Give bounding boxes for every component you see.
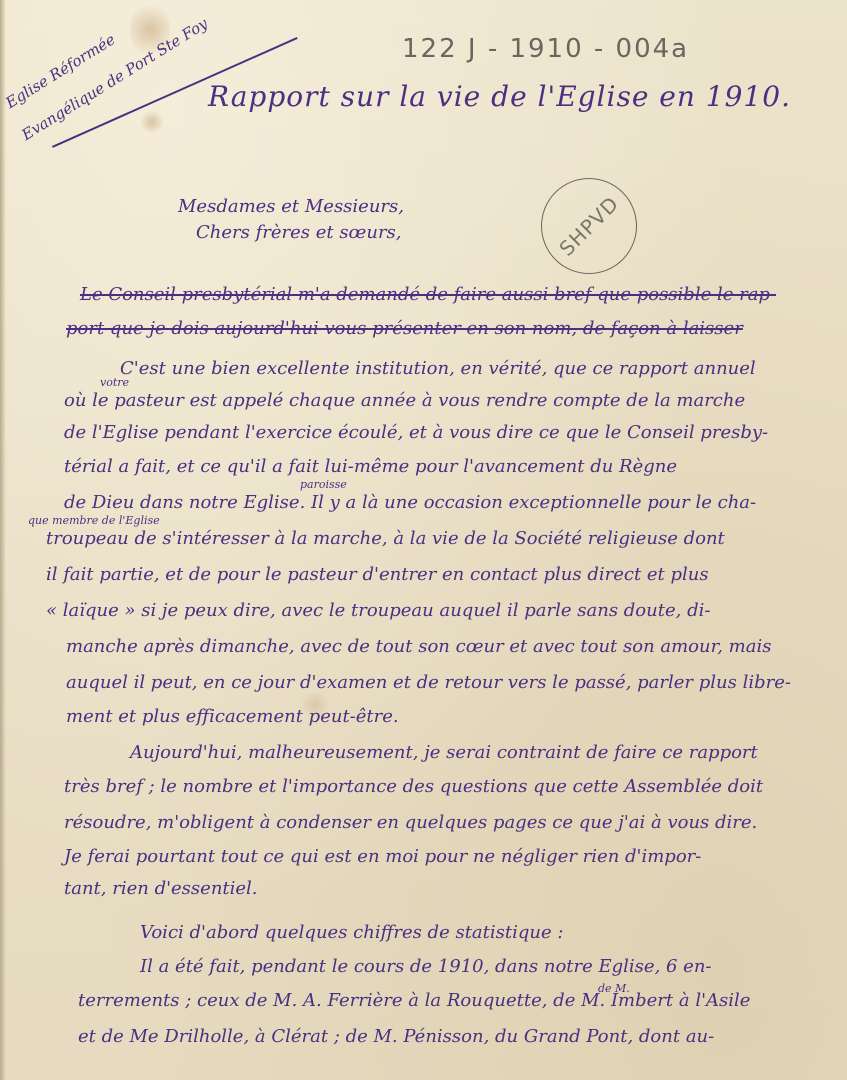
- text-line: Il a été fait, pendant le cours de 1910,…: [140, 956, 712, 977]
- text-line: et de Me Drilholle, à Clérat ; de M. Pén…: [78, 1026, 714, 1047]
- archive-stamp-label: SHPVD: [554, 191, 623, 260]
- text-line: terrements ; ceux de M. A. Ferrière à la…: [78, 990, 750, 1011]
- text-line: Je ferai pourtant tout ce qui est en moi…: [64, 846, 701, 867]
- text-line: résoudre, m'obligent à condenser en quel…: [64, 812, 757, 833]
- text-line: térial a fait, et ce qu'il a fait lui-mê…: [64, 456, 677, 477]
- archive-stamp: SHPVD: [541, 178, 637, 274]
- church-header: Eglise Réformée Evangélique de Port Ste …: [4, 8, 304, 148]
- text-line: ment et plus efficacement peut-être.: [66, 706, 399, 727]
- text-line: manche après dimanche, avec de tout son …: [66, 636, 771, 657]
- text-line: il fait partie, et de pour le pasteur d'…: [46, 564, 709, 585]
- struck-line: Le Conseil presbytérial m'a demandé de f…: [80, 284, 776, 305]
- text-line: de l'Eglise pendant l'exercice écoulé, e…: [64, 422, 768, 443]
- archive-reference: 122 J - 1910 - 004a: [402, 34, 689, 64]
- text-line: très bref ; le nombre et l'importance de…: [64, 776, 763, 797]
- text-line: troupeau de s'intéresser à la marche, à …: [46, 528, 725, 549]
- text-line: auquel il peut, en ce jour d'examen et d…: [66, 672, 791, 693]
- manuscript-page: Eglise Réformée Evangélique de Port Ste …: [0, 0, 847, 1080]
- text-line: Voici d'abord quelques chiffres de stati…: [140, 922, 563, 943]
- salutation-line2: Chers frères et sœurs,: [196, 222, 402, 243]
- text-line: tant, rien d'essentiel.: [64, 878, 258, 899]
- paper-edge: [0, 0, 6, 1080]
- text-line: de Dieu dans notre Eglise. Il y a là une…: [64, 492, 756, 513]
- salutation-line1: Mesdames et Messieurs,: [178, 196, 404, 217]
- text-line: C'est une bien excellente institution, e…: [120, 358, 756, 379]
- church-header-line1: Eglise Réformée: [2, 30, 118, 112]
- text-line: « laïque » si je peux dire, avec le trou…: [46, 600, 710, 621]
- struck-line: port que je dois aujourd'hui vous présen…: [66, 318, 743, 339]
- document-title: Rapport sur la vie de l'Eglise en 1910.: [208, 80, 791, 113]
- insertion: paroisse: [300, 478, 347, 491]
- insertion: que membre de l'Eglise: [28, 514, 160, 527]
- text-line: où le pasteur est appelé chaque année à …: [64, 390, 745, 411]
- insertion: votre: [100, 376, 129, 389]
- text-line: Aujourd'hui, malheureusement, je serai c…: [130, 742, 758, 763]
